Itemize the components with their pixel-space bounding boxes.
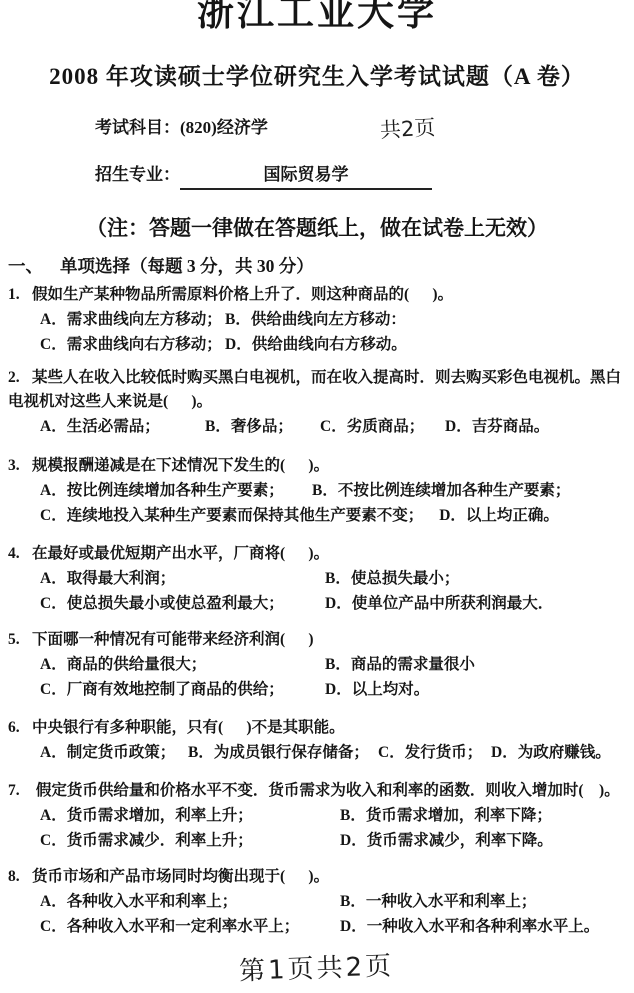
questions-list: 1.假如生产某种物品所需原料价格上升了．则这种商品的( )。 A．需求曲线向左方… bbox=[8, 283, 622, 939]
major-value-underlined: 国际贸易学 bbox=[180, 163, 432, 190]
subject-line: 考试科目：(820)经济学共2页 bbox=[95, 116, 634, 141]
question-6-number: 6. bbox=[8, 716, 32, 740]
question-5-option-b: B．商品的需求量很小 bbox=[325, 652, 475, 677]
question-4-text: 在最好或最优短期产出水平，厂商将( )。 bbox=[32, 545, 329, 562]
question-4-number: 4. bbox=[8, 542, 32, 566]
exam-subtitle: 2008 年攻读硕士学位研究生入学考试试题（A 卷） bbox=[0, 62, 634, 92]
question-4-option-b: B．使总损失最小； bbox=[325, 566, 459, 591]
subject-label: 考试科目： bbox=[95, 118, 180, 137]
question-1-option-a: A．需求曲线向左方移动； bbox=[40, 307, 225, 332]
question-4-option-a: A．取得最大利润； bbox=[40, 566, 325, 591]
question-8-option-c: C．各种收入水平和一定利率水平上； bbox=[40, 914, 340, 939]
question-6: 6.中央银行有多种职能，只有( )不是其职能。 A．制定货币政策；B．为成员银行… bbox=[8, 716, 622, 765]
question-7: 7. 假定货币供给量和价格水平不变．货币需求为收入和利率的函数．则收入增加时( … bbox=[8, 779, 622, 853]
question-8-option-a: A．各种收入水平和利率上； bbox=[40, 889, 340, 914]
question-1-text: 假如生产某种物品所需原料价格上升了．则这种商品的( )。 bbox=[32, 286, 453, 303]
footer-page-number-handwritten: 第1页共2页 bbox=[239, 945, 395, 987]
question-5-option-a: A．商品的供给量很大； bbox=[40, 652, 325, 677]
university-title: 浙江工业大学 bbox=[0, 0, 634, 34]
question-8-option-d: D．一种收入水平和各种利率水平上。 bbox=[340, 914, 599, 939]
question-5-option-d: D．以上均对。 bbox=[325, 677, 429, 702]
question-8-option-b: B．一种收入水平和利率上； bbox=[340, 889, 536, 914]
question-4-option-d: D．使单位产品中所获利润最大． bbox=[325, 591, 553, 616]
question-1-option-c: C．需求曲线向右方移动； bbox=[40, 332, 225, 357]
question-3-option-a: A．按比例连续增加各种生产要素； bbox=[40, 478, 312, 503]
question-6-option-b: B．为成员银行保存储备； bbox=[188, 740, 378, 765]
question-4: 4.在最好或最优短期产出水平，厂商将( )。 A．取得最大利润；B．使总损失最小… bbox=[8, 542, 622, 616]
question-7-text: 假定货币供给量和价格水平不变．货币需求为收入和利率的函数．则收入增加时( )。 bbox=[32, 782, 620, 799]
section-number: 一、 bbox=[8, 254, 60, 278]
question-6-option-d: D．为政府赚钱。 bbox=[491, 740, 611, 765]
major-label: 招生专业： bbox=[95, 165, 180, 184]
question-6-text: 中央银行有多种职能，只有( )不是其职能。 bbox=[32, 719, 345, 736]
question-2-option-d: D．吉芬商品。 bbox=[445, 414, 549, 439]
question-5-option-c: C．厂商有效地控制了商品的供给； bbox=[40, 677, 325, 702]
pages-handwritten-note: 共2页 bbox=[379, 116, 436, 143]
question-8-text: 货币市场和产品市场同时均衡出现于( )。 bbox=[32, 868, 329, 885]
question-3-text: 规模报酬递减是在下述情况下发生的( )。 bbox=[32, 457, 329, 474]
question-6-option-c: C．发行货币； bbox=[378, 740, 491, 765]
question-5-text: 下面哪一种情况有可能带来经济利润( ) bbox=[32, 631, 314, 648]
question-3-option-d: D．以上均正确。 bbox=[439, 503, 559, 528]
question-3: 3.规模报酬递减是在下述情况下发生的( )。 A．按比例连续增加各种生产要素；B… bbox=[8, 454, 622, 528]
question-7-number: 7. bbox=[8, 779, 32, 803]
question-4-option-c: C．使总损失最小或使总盈利最大； bbox=[40, 591, 325, 616]
question-5: 5.下面哪一种情况有可能带来经济利润( ) A．商品的供给量很大；B．商品的需求… bbox=[8, 628, 622, 702]
question-2-option-c: C．劣质商品； bbox=[320, 414, 445, 439]
page-footer: 第1页共2页 bbox=[0, 948, 634, 985]
exam-paper-page: 浙江工业大学 2008 年攻读硕士学位研究生入学考试试题（A 卷） 考试科目：(… bbox=[0, 0, 634, 993]
question-7-option-d: D．货币需求减少，利率下降。 bbox=[340, 828, 553, 853]
question-1-option-d: D．供给曲线向右方移动。 bbox=[225, 332, 407, 357]
question-1-option-b: B．供给曲线向左方移动： bbox=[225, 307, 406, 332]
question-6-option-a: A．制定货币政策； bbox=[40, 740, 188, 765]
question-3-option-c: C．连续地投入某种生产要素而保持其他生产要素不变； bbox=[40, 503, 423, 528]
section-title: 单项选择（每题 3 分，共 30 分） bbox=[60, 256, 314, 276]
question-2-text: 某些人在收入比较低时购买黑白电视机，而在收入提高时．则去购买彩色电视机。黑白电视… bbox=[8, 369, 621, 410]
question-2-option-a: A．生活必需品； bbox=[40, 414, 205, 439]
question-3-number: 3. bbox=[8, 454, 32, 478]
section-header: 一、单项选择（每题 3 分，共 30 分） bbox=[8, 254, 634, 278]
question-2-number: 2. bbox=[8, 366, 32, 390]
question-8: 8.货币市场和产品市场同时均衡出现于( )。 A．各种收入水平和利率上；B．一种… bbox=[8, 865, 622, 939]
answer-sheet-notice: （注：答题一律做在答题纸上，做在试卷上无效） bbox=[0, 214, 634, 242]
question-5-number: 5. bbox=[8, 628, 32, 652]
question-1-number: 1. bbox=[8, 283, 32, 307]
question-7-option-b: B．货币需求增加，利率下降； bbox=[340, 803, 552, 828]
major-line: 招生专业：国际贸易学 bbox=[95, 163, 634, 190]
question-3-option-b: B．不按比例连续增加各种生产要素； bbox=[312, 478, 570, 503]
question-7-option-a: A．货币需求增加，利率上升； bbox=[40, 803, 340, 828]
question-7-option-c: C．货币需求减少．利率上升； bbox=[40, 828, 340, 853]
question-2-option-b: B．奢侈品； bbox=[205, 414, 320, 439]
question-8-number: 8. bbox=[8, 865, 32, 889]
question-1: 1.假如生产某种物品所需原料价格上升了．则这种商品的( )。 A．需求曲线向左方… bbox=[8, 283, 622, 357]
subject-value: (820)经济学 bbox=[180, 118, 268, 137]
question-2: 2.某些人在收入比较低时购买黑白电视机，而在收入提高时．则去购买彩色电视机。黑白… bbox=[8, 366, 622, 439]
